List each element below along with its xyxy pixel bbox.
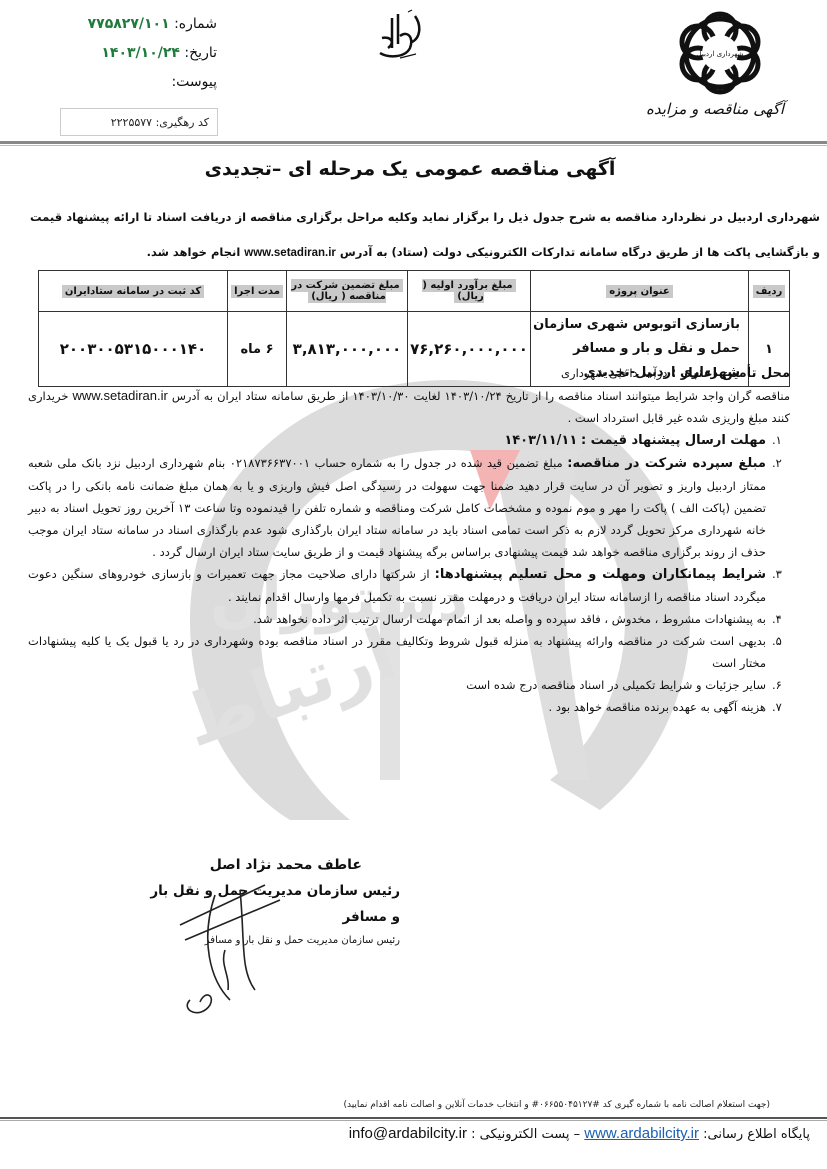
page-title: آگهی مناقصه عمومی یک مرحله ای –تجدیدی xyxy=(150,158,670,180)
handwritten-signature-icon xyxy=(170,880,290,1020)
tender-conditions: محل تأمین اعتبار : درآمد داخلی شهرداری م… xyxy=(28,362,790,718)
col-setad-code: کد ثبت در سامانه ستادایران xyxy=(39,271,228,312)
condition-item-1: ۱. مهلت ارسال پیشنهاد قیمت : ۱۴۰۳/۱۱/۱۱ xyxy=(28,429,790,452)
header-divider-thin xyxy=(0,145,827,146)
letter-number: شماره: ۷۷۵۸۲۷/۱۰۱ xyxy=(0,10,217,39)
intro-paragraph: شهرداری اردبیل در نظردارد مناقصه به شرح … xyxy=(30,200,820,271)
col-row: ردیف xyxy=(749,271,790,312)
letter-date: تاریخ: ۱۴۰۳/۱۰/۲۴ xyxy=(0,39,217,68)
condition-item-5: ۵. بدیهی است شرکت در مناقصه وارائه پیشنه… xyxy=(28,630,790,674)
signatory-name: عاطف محمد نژاد اصل xyxy=(150,852,400,878)
footer-divider-thin xyxy=(0,1120,827,1121)
footer-divider xyxy=(0,1117,827,1119)
col-estimate: مبلغ برآورد اولیه ( ریال) xyxy=(408,271,531,312)
email-link[interactable]: info@ardabilcity.ir xyxy=(349,1125,467,1142)
condition-item-2: ۲. مبلغ سپرده شرکت در مناقصه: مبلغ تضمین… xyxy=(28,452,790,563)
condition-item-4: ۴. به پیشنهادات مشروط ، مخدوش ، فاقد سپر… xyxy=(28,608,790,630)
setad-link[interactable]: www.setadiran.ir xyxy=(244,247,336,259)
letter-attachment: پیوست: xyxy=(0,68,217,97)
svg-text:شهرداری اردبیل: شهرداری اردبیل xyxy=(697,50,744,58)
col-project: عنوان پروژه xyxy=(531,271,749,312)
col-guarantee: مبلغ تضمین شرکت در مناقصه ( ریال) xyxy=(287,271,408,312)
table-header-row: ردیف عنوان پروژه مبلغ برآورد اولیه ( ریا… xyxy=(39,271,790,312)
condition-item-7: ۷. هزینه آگهی به عهده برنده مناقصه خواهد… xyxy=(28,696,790,718)
col-duration: مدت اجرا xyxy=(228,271,287,312)
tracking-code-box: کد رهگیری: ۲۲۲۵۵۷۷ xyxy=(60,108,218,136)
documents-purchase: مناقصه گران واجد شرایط میتوانند اسناد من… xyxy=(28,385,790,429)
funding-source: محل تأمین اعتبار : درآمد داخلی شهرداری xyxy=(28,362,790,385)
portal-link[interactable]: www.ardabilcity.ir xyxy=(584,1125,699,1142)
footer-contact: پایگاه اطلاع رسانی: www.ardabilcity.ir –… xyxy=(150,1125,810,1142)
bismillah-calligraphy-icon xyxy=(370,8,430,63)
condition-item-6: ۶. سایر جزئیات و شرایط تکمیلی در اسناد م… xyxy=(28,674,790,696)
setad-docs-link[interactable]: www.setadiran.ir xyxy=(72,388,167,403)
header-divider xyxy=(0,141,827,144)
authenticity-note: (جهت استعلام اصالت نامه با شماره گیری کد… xyxy=(190,1100,770,1110)
condition-item-3: ۳. شرایط پیمانکاران ومهلت و محل تسلیم پی… xyxy=(28,563,790,608)
municipality-logo: شهرداری اردبیل xyxy=(665,8,775,98)
letter-meta: شماره: ۷۷۵۸۲۷/۱۰۱ تاریخ: ۱۴۰۳/۱۰/۲۴ پیوس… xyxy=(0,10,217,97)
logo-caption: آگهی مناقصه و مزایده xyxy=(640,100,790,118)
